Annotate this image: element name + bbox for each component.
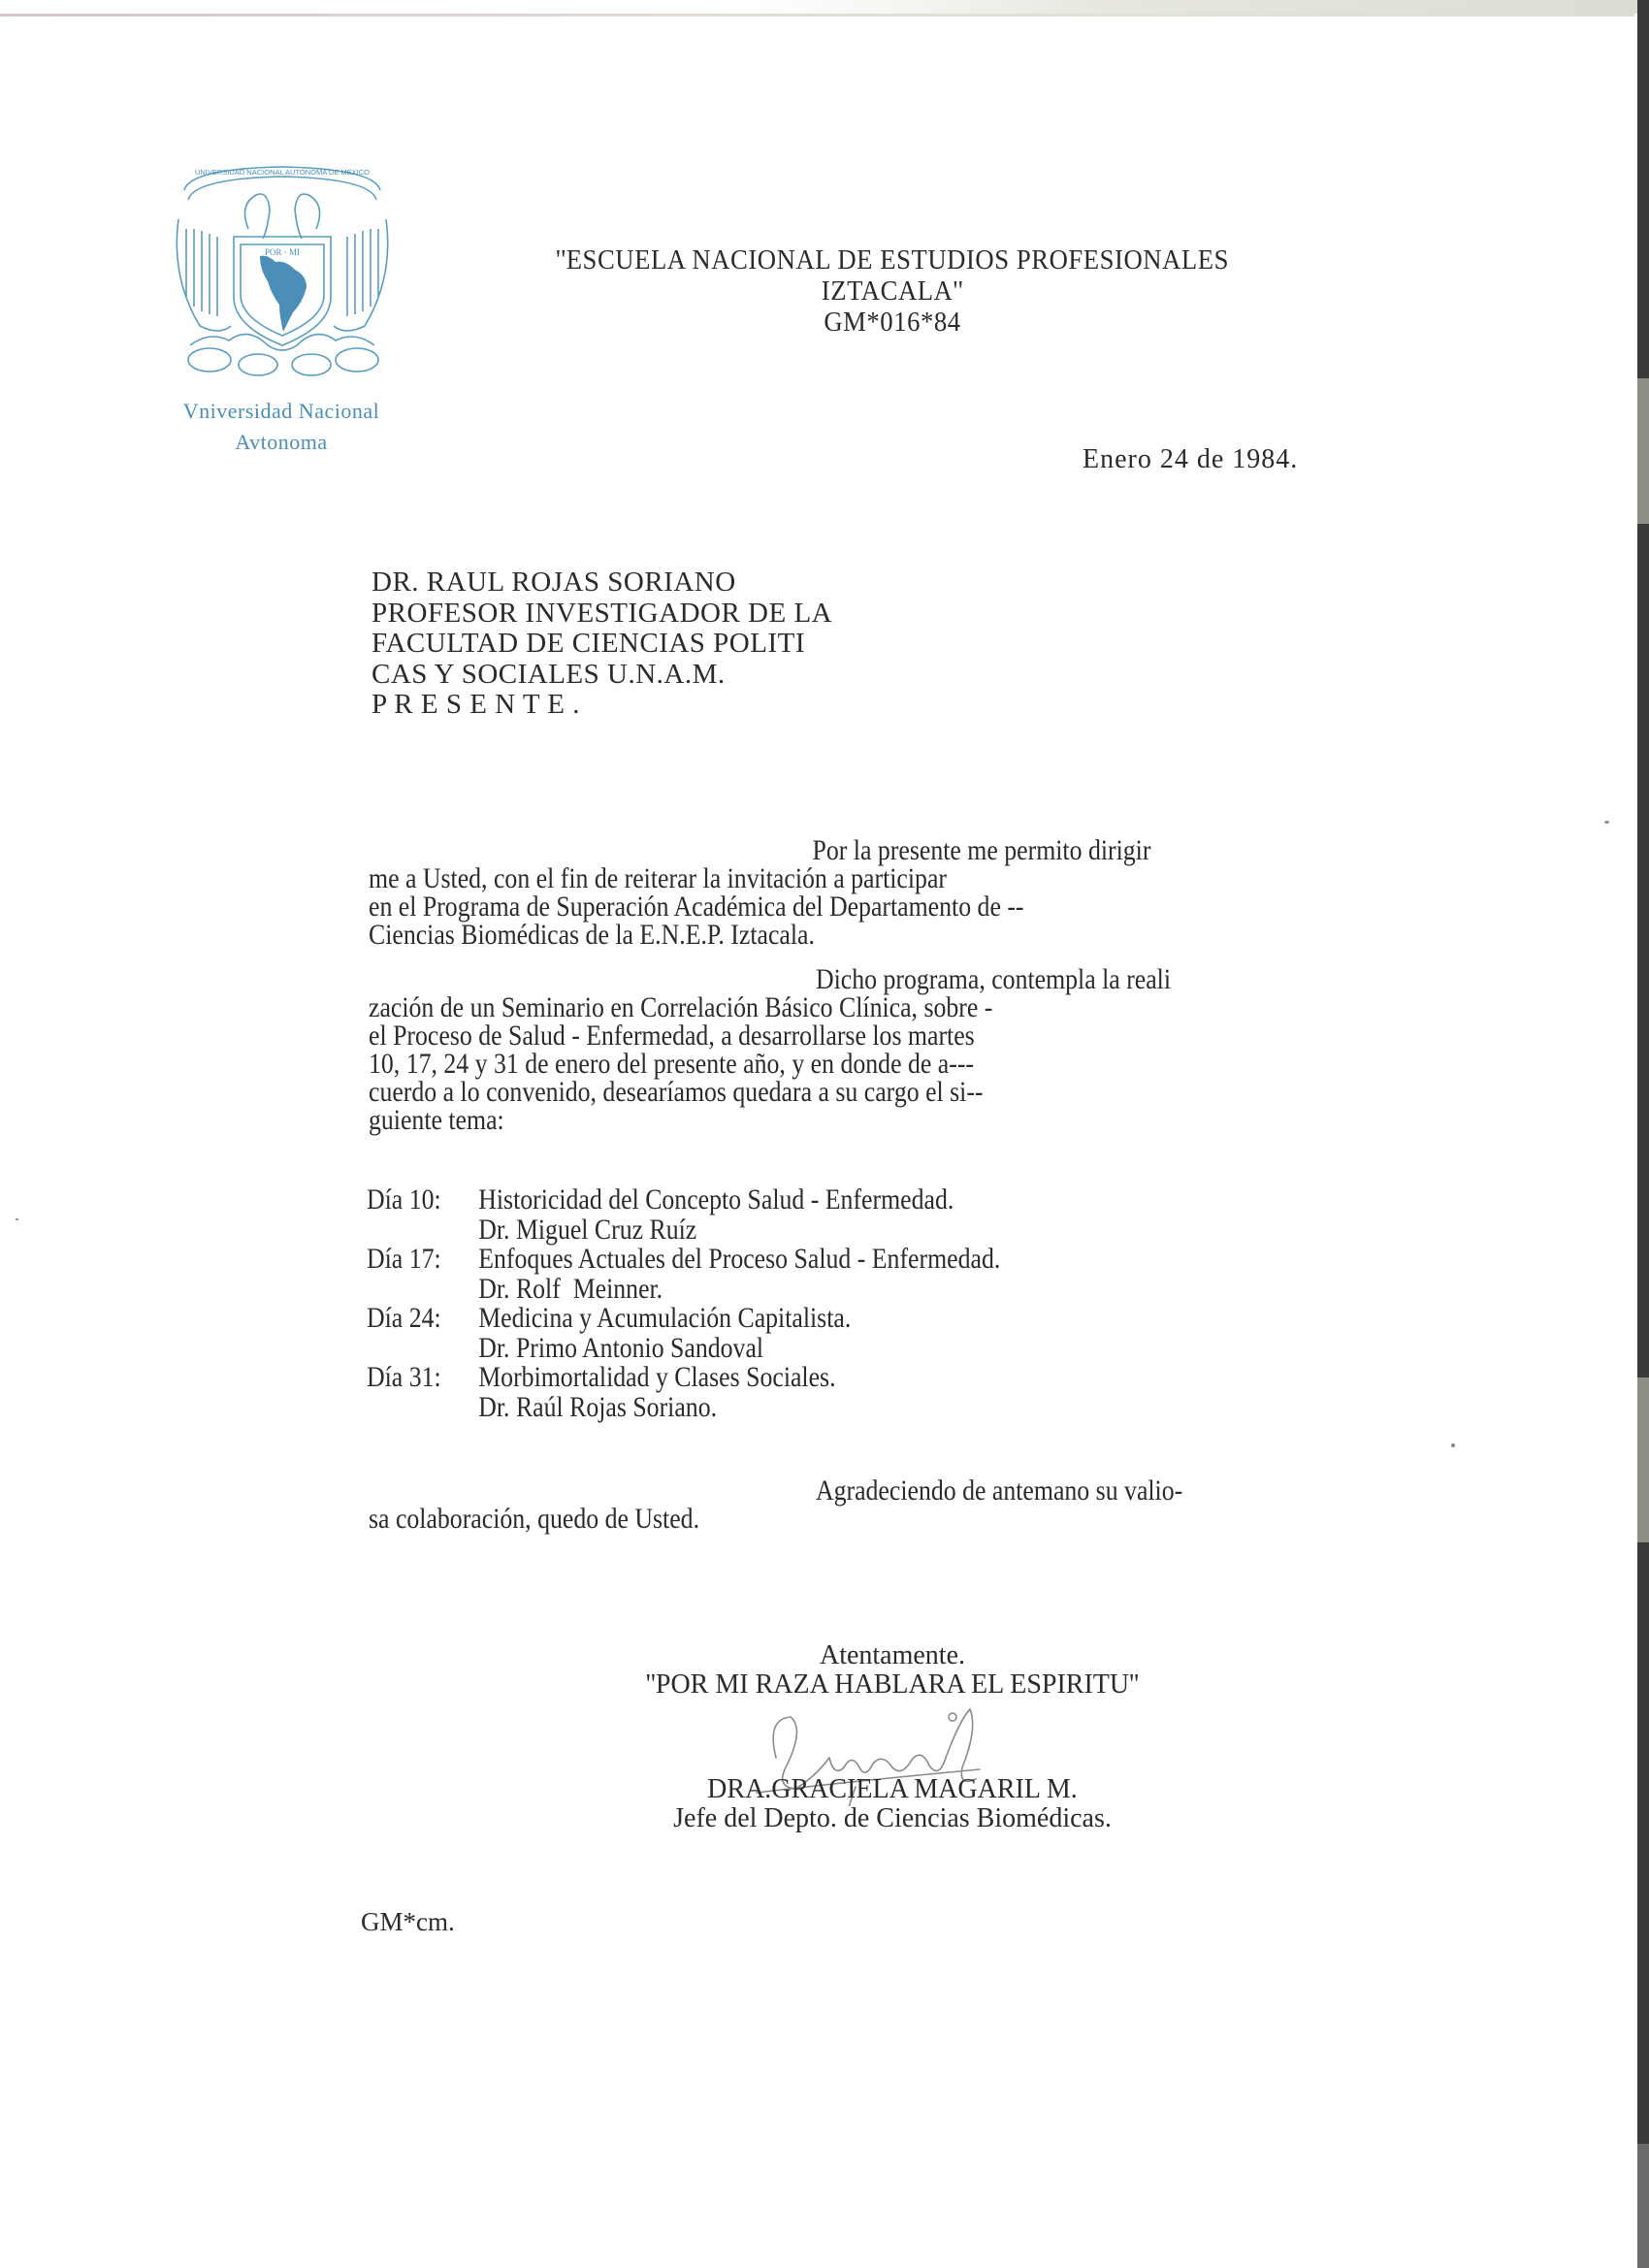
topic-row: Día 17:Enfoques Actuales del Proceso Sal… xyxy=(367,1245,1000,1275)
topic-speaker: Dr. Raúl Rojas Soriano. xyxy=(367,1393,1000,1423)
closing-paragraph: Agradeciendo de antemano su valio- sa co… xyxy=(369,1476,1358,1533)
body-line: guiente tema: xyxy=(369,1106,1219,1134)
body-line: 10, 17, 24 y 31 de enero del presente añ… xyxy=(369,1050,1219,1078)
scan-speck xyxy=(16,1218,18,1220)
paper-top-edge xyxy=(0,14,1634,16)
signatory-position: Jefe del Depto. de Ciencias Biomédicas. xyxy=(563,1804,1222,1833)
topic-row: Día 31:Morbimortalidad y Clases Sociales… xyxy=(367,1363,1000,1393)
body-line: Agradeciendo de antemano su valio- xyxy=(369,1476,1219,1505)
body-line: Dicho programa, contempla la reali xyxy=(369,965,1219,993)
closing-block: Atentamente. ''POR MI RAZA HABLARA EL ES… xyxy=(563,1641,1222,1700)
body-paragraph-1: Por la presente me permito dirigir me a … xyxy=(369,836,1358,949)
topic-day: Día 24: xyxy=(367,1304,478,1334)
school-header: ''ESCUELA NACIONAL DE ESTUDIOS PROFESION… xyxy=(524,244,1261,338)
body-line: Ciencias Biomédicas de la E.N.E.P. Iztac… xyxy=(369,921,1219,949)
body-line: me a Usted, con el fin de reiterar la in… xyxy=(369,864,1219,892)
body-line: cuerdo a lo convenido, desearíamos queda… xyxy=(369,1078,1219,1106)
topic-day: Día 17: xyxy=(367,1245,478,1275)
addressee-line: PROFESOR INVESTIGADOR DE LA xyxy=(372,599,832,630)
topic-title: Historicidad del Concepto Salud - Enferm… xyxy=(478,1183,954,1215)
body-line: Por la presente me permito dirigir xyxy=(369,836,1219,864)
school-name-line2: IZTACALA'' xyxy=(553,275,1231,307)
addressee-line: P R E S E N T E . xyxy=(372,690,832,721)
unam-crest-logo: UNIVERSIDAD NACIONAL AUTONOMA DE MEXICO … xyxy=(171,161,394,379)
university-name: Vniversidad Nacional Avtonoma xyxy=(136,396,427,458)
topic-speaker: Dr. Primo Antonio Sandoval xyxy=(367,1334,1000,1364)
scan-speck xyxy=(1604,821,1609,824)
seminar-topics-list: Día 10:Historicidad del Concepto Salud -… xyxy=(367,1185,1104,1422)
topic-speaker: Dr. Rolf Meinner. xyxy=(367,1275,1000,1305)
scan-speck xyxy=(1451,1443,1455,1447)
university-name-line1: Vniversidad Nacional xyxy=(136,396,427,427)
addressee-line: FACULTAD DE CIENCIAS POLITI xyxy=(372,629,832,660)
salutation: Atentamente. xyxy=(563,1641,1222,1670)
topic-speaker: Dr. Miguel Cruz Ruíz xyxy=(367,1215,1000,1246)
signatory-name: DRA.GRACIELA MAGARIL M. xyxy=(563,1775,1222,1804)
letter-date: Enero 24 de 1984. xyxy=(1083,444,1298,475)
topic-title: Medicina y Acumulación Capitalista. xyxy=(478,1302,851,1334)
body-line: en el Programa de Superación Académica d… xyxy=(369,892,1219,921)
svg-text:UNIVERSIDAD NACIONAL AUTONOMA: UNIVERSIDAD NACIONAL AUTONOMA DE MEXICO xyxy=(195,168,370,177)
signatory-block: DRA.GRACIELA MAGARIL M. Jefe del Depto. … xyxy=(563,1775,1222,1833)
body-line: zación de un Seminario en Correlación Bá… xyxy=(369,993,1219,1021)
body-line: el Proceso de Salud - Enfermedad, a desa… xyxy=(369,1021,1219,1050)
university-name-line2: Avtonoma xyxy=(136,427,427,458)
scan-right-border xyxy=(1637,0,1649,2268)
addressee-line: DR. RAUL ROJAS SORIANO xyxy=(372,567,832,599)
topic-title: Enfoques Actuales del Proceso Salud - En… xyxy=(478,1243,1000,1275)
body-paragraph-2: Dicho programa, contempla la reali zació… xyxy=(369,965,1358,1134)
topic-row: Día 24:Medicina y Acumulación Capitalist… xyxy=(367,1304,1000,1334)
eagle-condor-shield-icon: UNIVERSIDAD NACIONAL AUTONOMA DE MEXICO … xyxy=(171,161,394,379)
document-reference: GM*016*84 xyxy=(553,307,1231,338)
scan-top-shadow xyxy=(757,0,1649,14)
addressee-block: DR. RAUL ROJAS SORIANO PROFESOR INVESTIG… xyxy=(372,567,832,721)
topic-row: Día 10:Historicidad del Concepto Salud -… xyxy=(367,1185,1000,1215)
school-name-line1: ''ESCUELA NACIONAL DE ESTUDIOS PROFESION… xyxy=(553,244,1231,275)
topic-title: Morbimortalidad y Clases Sociales. xyxy=(478,1361,835,1393)
body-line: sa colaboración, quedo de Usted. xyxy=(369,1505,1219,1533)
svg-text:POR · MI: POR · MI xyxy=(265,247,300,257)
typist-reference: GM*cm. xyxy=(361,1907,455,1937)
topic-day: Día 10: xyxy=(367,1185,478,1215)
addressee-line: CAS Y SOCIALES U.N.A.M. xyxy=(372,660,832,691)
topic-day: Día 31: xyxy=(367,1363,478,1393)
motto: ''POR MI RAZA HABLARA EL ESPIRITU'' xyxy=(563,1670,1222,1700)
